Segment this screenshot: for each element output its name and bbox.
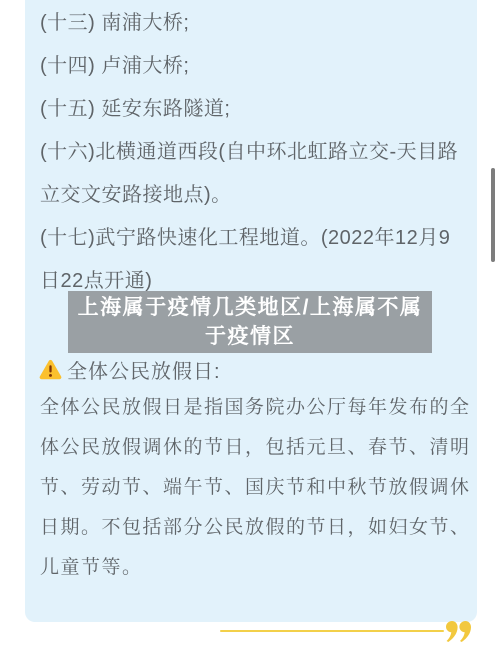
road-list-line: (十五) 延安东路隧道; bbox=[40, 88, 465, 131]
holiday-paragraph: 全体公民放假日是指国务院办公厅每年发布的全体公民放假调休的节日，包括元旦、春节、… bbox=[40, 388, 465, 588]
scrollbar-thumb[interactable] bbox=[491, 168, 495, 262]
article-card: (十三) 南浦大桥;(十四) 卢浦大桥;(十五) 延安东路隧道;(十六)北横通道… bbox=[25, 0, 477, 622]
road-list-line: (十六)北横通道西段(自中环北虹路立交-天目路 bbox=[40, 131, 465, 174]
warning-triangle-icon bbox=[39, 359, 62, 380]
road-list: (十三) 南浦大桥;(十四) 卢浦大桥;(十五) 延安东路隧道;(十六)北横通道… bbox=[40, 2, 465, 303]
paragraph-line: 体公民放假调休的节日，包括元旦、春节、清明 bbox=[40, 428, 465, 468]
footer-divider-line bbox=[220, 630, 444, 632]
warning-heading: 全体公民放假日: bbox=[67, 355, 221, 384]
paragraph-line: 日期。不包括部分公民放假的节日，如妇女节、 bbox=[40, 508, 465, 548]
warning-heading-row: 全体公民放假日: bbox=[39, 355, 221, 384]
closing-quote-icon bbox=[446, 621, 472, 645]
road-list-line: 立交文安路接地点)。 bbox=[40, 174, 465, 217]
paragraph-line: 节、劳动节、端午节、国庆节和中秋节放假调休 bbox=[40, 468, 465, 508]
road-list-line: (十七)武宁路快速化工程地道。(2022年12月9 bbox=[40, 217, 465, 260]
road-list-line: (十四) 卢浦大桥; bbox=[40, 45, 465, 88]
highlight-title: 上海属于疫情几类地区/上海属不属于疫情区 bbox=[68, 291, 432, 353]
road-list-line: (十三) 南浦大桥; bbox=[40, 2, 465, 45]
paragraph-line: 儿童节等。 bbox=[40, 548, 465, 588]
highlight-title-line: 上海属于疫情几类地区/上海属不属 bbox=[68, 293, 432, 322]
highlight-title-line: 于疫情区 bbox=[68, 322, 432, 351]
paragraph-line: 全体公民放假日是指国务院办公厅每年发布的全 bbox=[40, 388, 465, 428]
article-page: (十三) 南浦大桥;(十四) 卢浦大桥;(十五) 延安东路隧道;(十六)北横通道… bbox=[0, 0, 500, 645]
